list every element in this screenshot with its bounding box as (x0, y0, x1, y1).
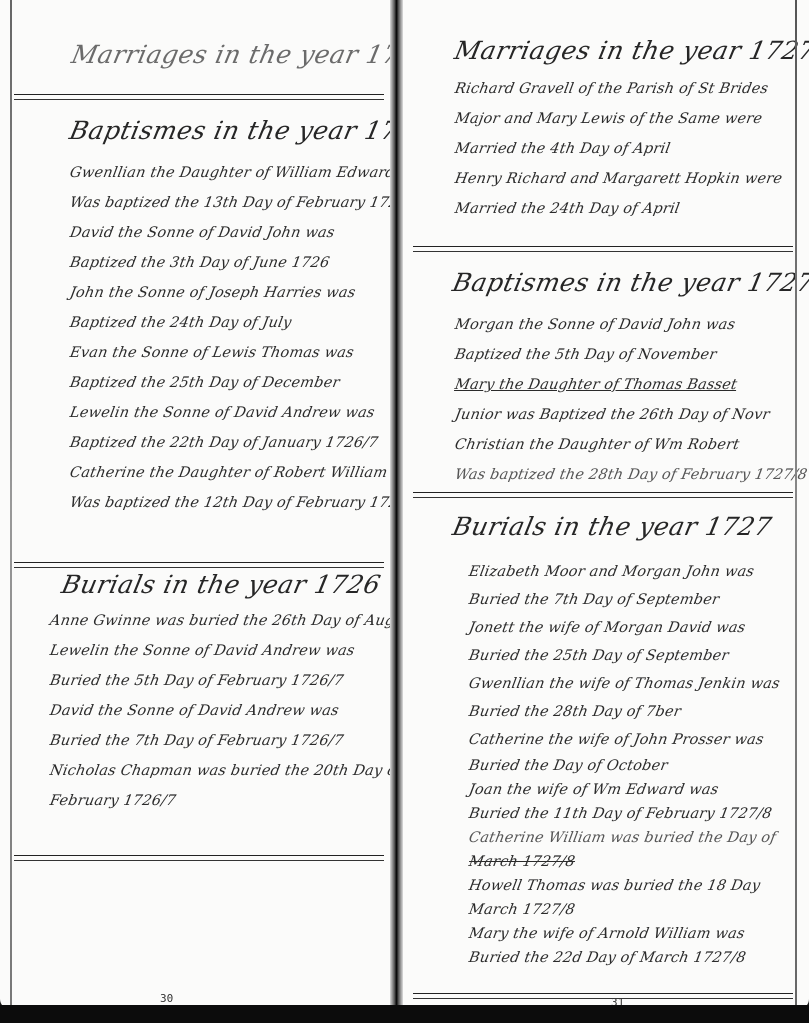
register-entry: Catherine the Daughter of Robert William (67, 458, 390, 488)
register-entry: March 1727/8 (467, 850, 782, 874)
section-divider (413, 246, 793, 252)
section-heading: Baptismes in the year 1726 (67, 116, 390, 145)
register-entry: Was baptized the 13th Day of February 17… (67, 188, 390, 218)
register-entry: Christian the Daughter of Wm Robert (452, 430, 809, 460)
register-entry: Buried the 11th Day of February 1727/8 (467, 802, 782, 826)
register-entry: Morgan the Sonne of David John was (452, 310, 809, 340)
section-heading: Burials in the year 1727 (450, 512, 775, 541)
register-entry: Richard Gravell of the Parish of St Brid… (452, 74, 784, 104)
register-entry: Anne Gwinne was buried the 26th Day of A… (47, 606, 390, 636)
register-entry: Buried the 22d Day of March 1727/8 (467, 946, 782, 970)
register-entry: Baptized the 24th Day of July (67, 308, 390, 338)
register-entry: Gwenllian the wife of Thomas Jenkin was (467, 670, 783, 698)
left-page: Marriages in the year 1726 Baptismes in … (0, 0, 390, 1009)
register-entry: Joan the wife of Wm Edward was (467, 778, 782, 802)
register-entry: Catherine William was buried the Day of (467, 826, 782, 850)
register-entry: Was baptized the 28th Day of February 17… (452, 460, 809, 490)
register-entry: Evan the Sonne of Lewis Thomas was (67, 338, 390, 368)
book-bottom-edge (0, 1005, 809, 1023)
register-entry: Buried the 28th Day of 7ber (467, 698, 783, 726)
section-heading: Burials in the year 1726 (59, 570, 384, 599)
register-entry: Was baptized the 12th Day of February 17… (67, 488, 390, 518)
register-entry: Mary the Daughter of Thomas Basset (452, 370, 809, 400)
register-entry: Buried the 5th Day of February 1726/7 (47, 666, 390, 696)
section-divider (14, 855, 384, 861)
section-divider (413, 492, 793, 498)
register-entry: Married the 24th Day of April (452, 194, 784, 224)
register-entry: March 1727/8 (467, 898, 782, 922)
register-entry: Elizabeth Moor and Morgan John was (467, 558, 783, 586)
register-entry: Howell Thomas was buried the 18 Day (467, 874, 782, 898)
register-entry: Buried the 7th Day of September (467, 586, 783, 614)
register-entry: Buried the 25th Day of September (467, 642, 783, 670)
folio-number: 30 (160, 992, 173, 1005)
register-entry: Jonett the wife of Morgan David was (467, 614, 783, 642)
register-entry: David the Sonne of David Andrew was (47, 696, 390, 726)
register-entry: Married the 4th Day of April (452, 134, 784, 164)
section-heading: Marriages in the year 1727 (452, 36, 809, 65)
register-entry: February 1726/7 (47, 786, 390, 816)
register-spread: Marriages in the year 1726 Baptismes in … (0, 0, 809, 1023)
register-entry: Baptized the 3th Day of June 1726 (67, 248, 390, 278)
register-entry: David the Sonne of David John was (67, 218, 390, 248)
register-entry: Baptized the 5th Day of November (452, 340, 809, 370)
register-entry: Junior was Baptized the 26th Day of Novr (452, 400, 809, 430)
section-divider (14, 94, 384, 100)
register-entry: Catherine the wife of John Prosser was (467, 726, 783, 754)
section-divider (413, 993, 793, 999)
register-entry: Lewelin the Sonne of David Andrew was (47, 636, 390, 666)
register-entry: Baptized the 25th Day of December (67, 368, 390, 398)
section-heading: Baptismes in the year 1727 (450, 268, 809, 297)
section-divider (14, 562, 384, 568)
section-heading: Marriages in the year 1726 (69, 40, 390, 69)
right-page: Marriages in the year 1727 Richard Grave… (403, 0, 809, 1009)
register-entry: Buried the 7th Day of February 1726/7 (47, 726, 390, 756)
register-entry: Buried the Day of October (467, 754, 782, 778)
register-entry: Nicholas Chapman was buried the 20th Day… (47, 756, 390, 786)
book-gutter (390, 0, 403, 1023)
register-entry: Major and Mary Lewis of the Same were (452, 104, 784, 134)
register-entry: Henry Richard and Margarett Hopkin were (452, 164, 784, 194)
register-entry: Mary the wife of Arnold William was (467, 922, 782, 946)
register-entry: John the Sonne of Joseph Harries was (67, 278, 390, 308)
register-entry: Gwenllian the Daughter of William Edward (67, 158, 390, 188)
register-entry: Lewelin the Sonne of David Andrew was (67, 398, 390, 428)
register-entry: Baptized the 22th Day of January 1726/7 (67, 428, 390, 458)
